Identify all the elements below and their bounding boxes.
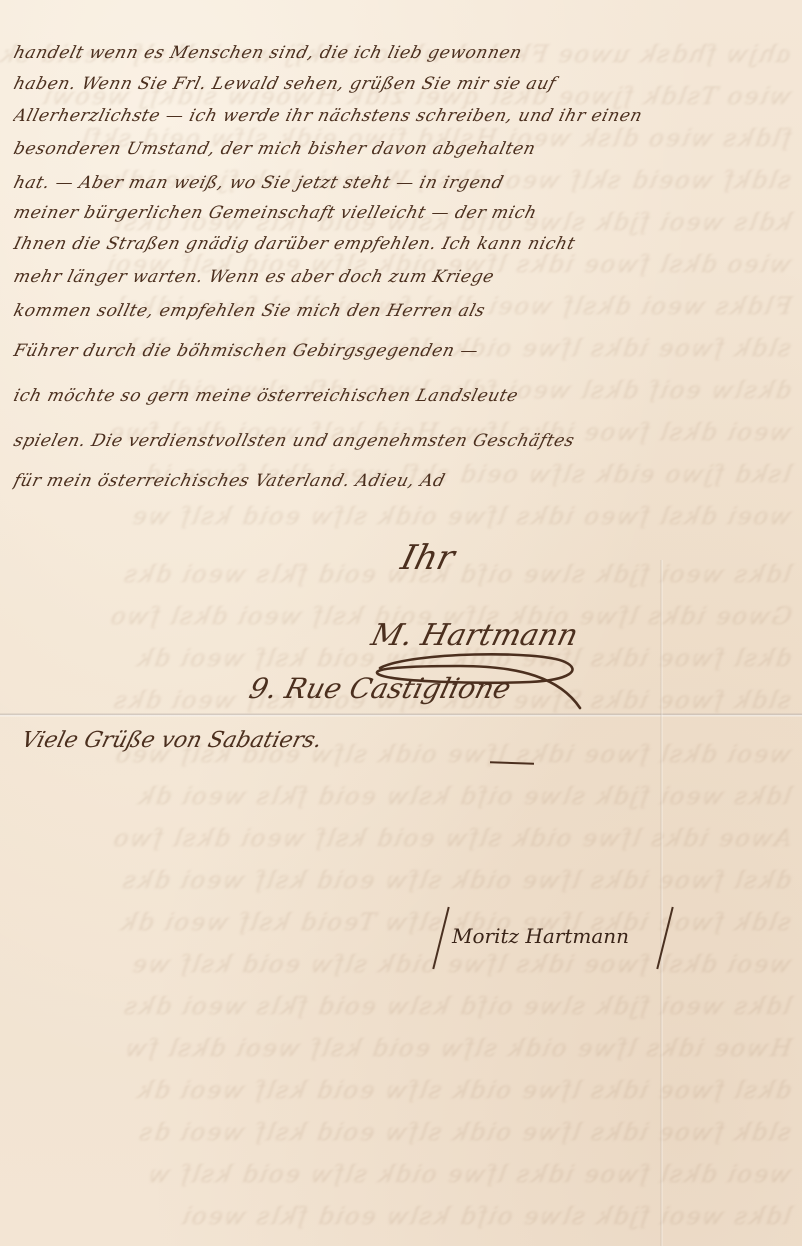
letter-line: spielen. Die verdienstvollsten und angen… <box>11 430 796 452</box>
vertical-fold-line <box>660 560 663 1246</box>
address: 9. Rue Castiglione <box>246 672 514 705</box>
letter-line: meiner bürgerlichen Gemeinschaft viellei… <box>11 202 796 224</box>
letter-line: haben. Wenn Sie Frl. Lewald sehen, grüße… <box>11 73 796 95</box>
letter-line: besonderen Umstand, der mich bisher davo… <box>11 138 796 160</box>
letter-line: handelt wenn es Menschen sind, die ich l… <box>11 42 796 64</box>
closing-salutation: Ihr <box>397 538 459 578</box>
letter-line: hat. — Aber man weiß, wo Sie jetzt steht… <box>11 172 796 194</box>
postscript: Viele Grüße von Sabatiers. <box>19 728 325 753</box>
letter-line: mehr länger warten. Wenn es aber doch zu… <box>11 266 796 288</box>
letter-line: ich möchte so gern meine österreichische… <box>11 385 796 407</box>
letter-line: Ihnen die Straßen gnädig darüber empfehl… <box>11 233 796 255</box>
letter-line: Führer durch die böhmischen Gebirgsgegen… <box>11 340 796 362</box>
letter-line: kommen sollte, empfehlen Sie mich den He… <box>11 300 796 322</box>
archival-annotation: Moritz Hartmann <box>452 924 629 948</box>
letter-line: Allerherzlichste — ich werde ihr nächste… <box>11 105 796 127</box>
letter-line: für mein österreichisches Vaterland. Adi… <box>11 470 796 492</box>
